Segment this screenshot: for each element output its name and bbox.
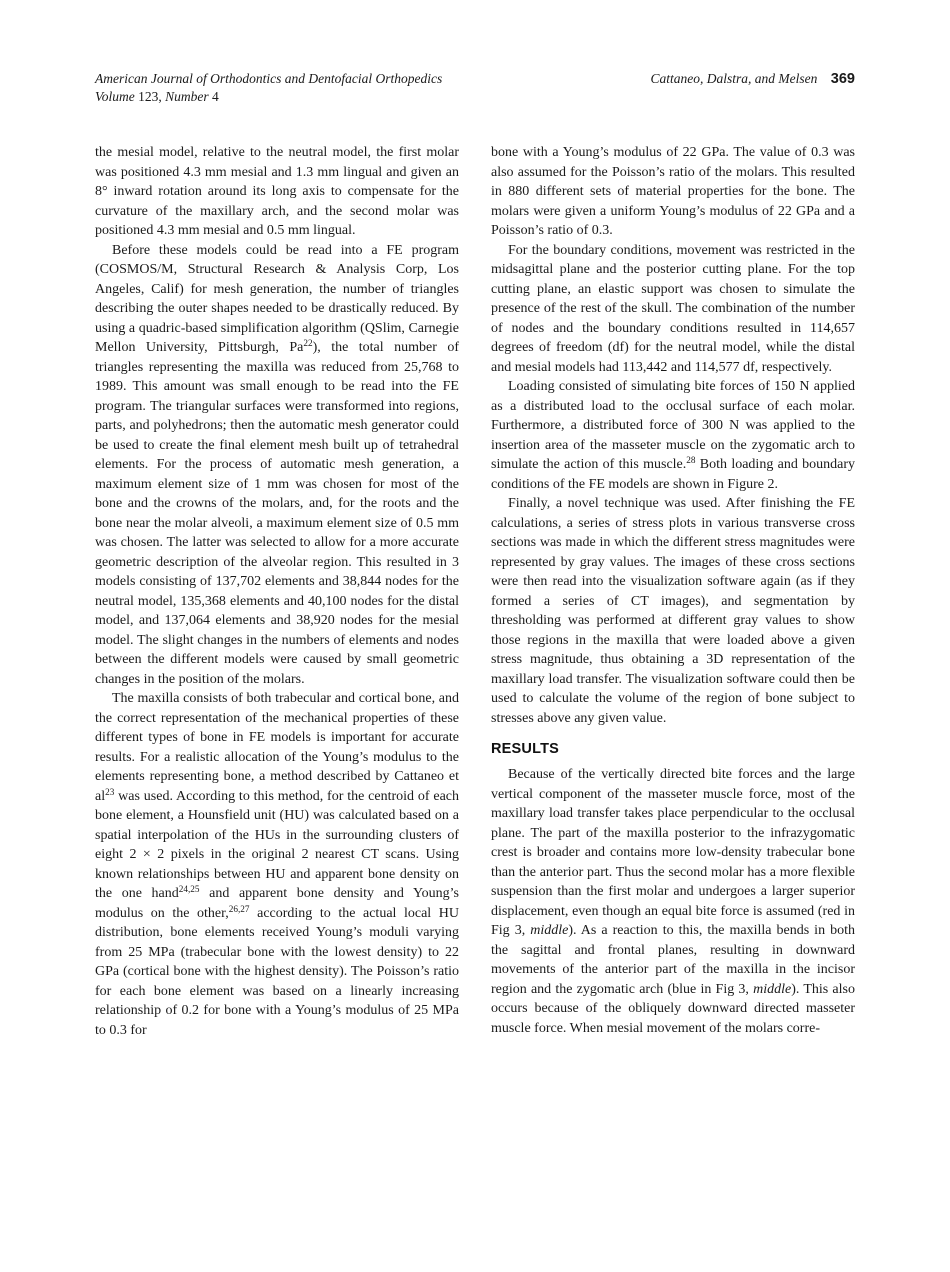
running-authors: Cattaneo, Dalstra, and Melsen (651, 71, 818, 86)
paragraph: Loading consisted of simulating bite for… (491, 377, 855, 494)
paragraph: The maxilla consists of both trabecular … (95, 689, 459, 1040)
right-column: bone with a Young’s modulus of 22 GPa. T… (491, 143, 855, 1038)
paragraph: Because of the vertically directed bite … (491, 765, 855, 1038)
journal-title: American Journal of Orthodontics and Den… (95, 70, 442, 88)
paragraph: bone with a Young’s modulus of 22 GPa. T… (491, 143, 855, 241)
journal-page: American Journal of Orthodontics and Den… (0, 0, 950, 1272)
paragraph: Finally, a novel technique was used. Aft… (491, 494, 855, 728)
running-header: American Journal of Orthodontics and Den… (95, 70, 855, 105)
journal-volume-issue: Volume 123, Number 4 (95, 88, 442, 106)
paragraph: Before these models could be read into a… (95, 241, 459, 690)
journal-info: American Journal of Orthodontics and Den… (95, 70, 442, 105)
paragraph: For the boundary conditions, movement wa… (491, 241, 855, 378)
page-number: 369 (831, 71, 855, 87)
left-column: the mesial model, relative to the neutra… (95, 143, 459, 1040)
section-heading-results: RESULTS (491, 741, 855, 757)
header-right: Cattaneo, Dalstra, and Melsen 369 (651, 70, 855, 89)
paragraph: the mesial model, relative to the neutra… (95, 143, 459, 241)
